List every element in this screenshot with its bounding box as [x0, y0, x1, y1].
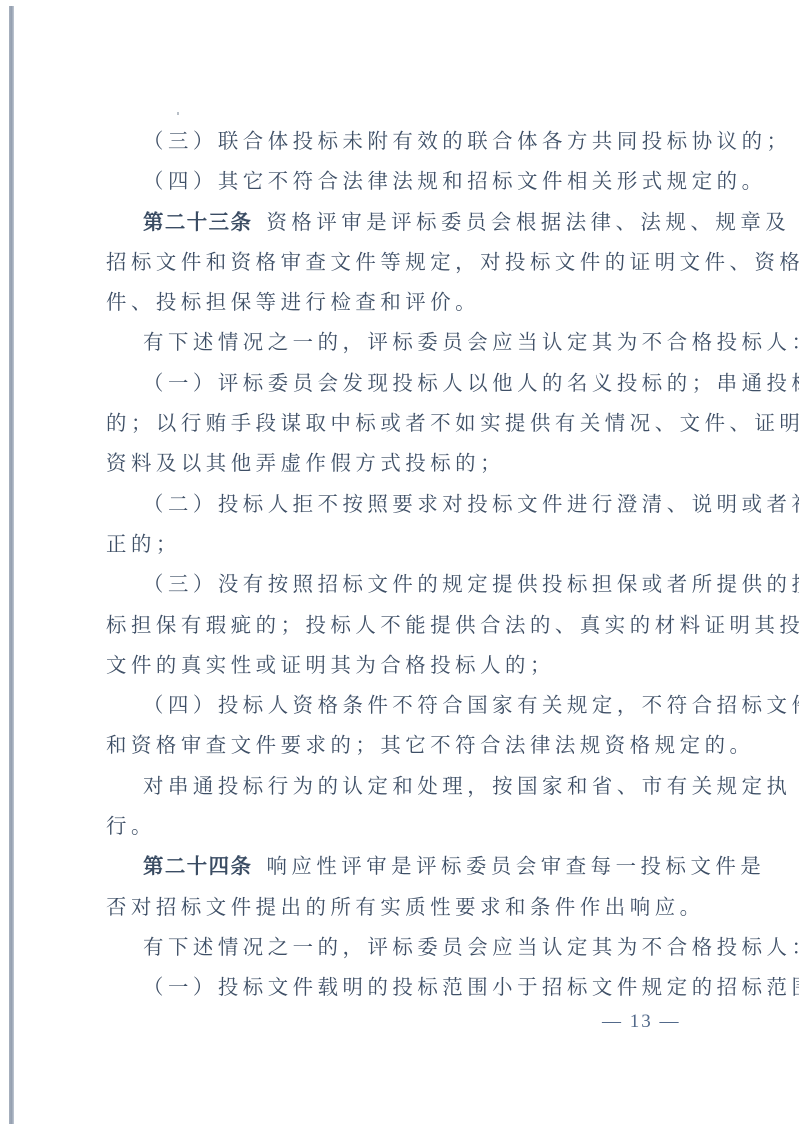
line-text: 正的；	[106, 532, 181, 556]
text-line: 文件的真实性或证明其为合格投标人的；	[106, 645, 696, 685]
text-line: 有下述情况之一的，评标委员会应当认定其为不合格投标人：	[106, 322, 696, 362]
text-line: 行。	[106, 806, 696, 846]
line-text: 标担保有瑕疵的；投标人不能提供合法的、真实的材料证明其投标	[106, 613, 799, 637]
line-text: 资格评审是评标委员会根据法律、法规、规章及	[266, 210, 790, 234]
text-line: 招标文件和资格审查文件等规定，对投标文件的证明文件、资格文	[106, 242, 696, 282]
line-text: 有下述情况之一的，评标委员会应当认定其为不合格投标人：	[143, 330, 799, 354]
line-text: 资料及以其他弄虚作假方式投标的；	[106, 451, 505, 475]
text-line: 标担保有瑕疵的；投标人不能提供合法的、真实的材料证明其投标	[106, 605, 696, 645]
article-heading: 第二十四条	[143, 854, 252, 878]
article-heading: 第二十三条	[143, 210, 252, 234]
line-text: （一）评标委员会发现投标人以他人的名义投标的；串通投标	[143, 371, 799, 395]
text-line: 和资格审查文件要求的；其它不符合法律法规资格规定的。	[106, 725, 696, 765]
text-line: 件、投标担保等进行检查和评价。	[106, 282, 696, 322]
line-text: 否对招标文件提出的所有实质性要求和条件作出响应。	[106, 895, 705, 919]
text-line: （三）没有按照招标文件的规定提供投标担保或者所提供的投	[106, 564, 696, 604]
line-text: 对串通投标行为的认定和处理，按国家和省、市有关规定执	[143, 774, 791, 798]
line-text: 件、投标担保等进行检查和评价。	[106, 290, 480, 314]
scan-speck	[177, 112, 179, 115]
line-text: 响应性评审是评标委员会审查每一投标文件是	[266, 854, 765, 878]
line-text: 的；以行贿手段谋取中标或者不如实提供有关情况、文件、证明等	[106, 411, 799, 435]
line-text: 行。	[106, 814, 156, 838]
line-text: （四）其它不符合法律法规和招标文件相关形式规定的。	[143, 169, 767, 193]
text-line: （四）投标人资格条件不符合国家有关规定，不符合招标文件	[106, 685, 696, 725]
line-text: （三）没有按照招标文件的规定提供投标担保或者所提供的投	[143, 572, 799, 596]
text-line: 有下述情况之一的，评标委员会应当认定其为不合格投标人：	[106, 927, 696, 967]
text-line: 否对招标文件提出的所有实质性要求和条件作出响应。	[106, 887, 696, 927]
article-24-heading-line: 第二十四条响应性评审是评标委员会审查每一投标文件是	[106, 846, 696, 886]
text-line: （四）其它不符合法律法规和招标文件相关形式规定的。	[106, 161, 696, 201]
line-text: （四）投标人资格条件不符合国家有关规定，不符合招标文件	[143, 693, 799, 717]
line-text: 招标文件和资格审查文件等规定，对投标文件的证明文件、资格文	[106, 250, 799, 274]
line-text: 有下述情况之一的，评标委员会应当认定其为不合格投标人：	[143, 935, 799, 959]
text-line: 对串通投标行为的认定和处理，按国家和省、市有关规定执	[106, 766, 696, 806]
line-text: （三）联合体投标未附有效的联合体各方共同投标协议的；	[143, 129, 791, 153]
scan-border-edge	[9, 6, 14, 1124]
text-line: （一）投标文件载明的投标范围小于招标文件规定的招标范围	[106, 967, 696, 1007]
text-line: （二）投标人拒不按照要求对投标文件进行澄清、说明或者补	[106, 484, 696, 524]
text-line: （三）联合体投标未附有效的联合体各方共同投标协议的；	[106, 121, 696, 161]
line-text: （二）投标人拒不按照要求对投标文件进行澄清、说明或者补	[143, 492, 799, 516]
page-number: — 13 —	[602, 1011, 681, 1033]
line-text: 文件的真实性或证明其为合格投标人的；	[106, 653, 555, 677]
article-23-heading-line: 第二十三条资格评审是评标委员会根据法律、法规、规章及	[106, 202, 696, 242]
text-line: 的；以行贿手段谋取中标或者不如实提供有关情况、文件、证明等	[106, 403, 696, 443]
text-line: 资料及以其他弄虚作假方式投标的；	[106, 443, 696, 483]
line-text: （一）投标文件载明的投标范围小于招标文件规定的招标范围	[143, 975, 799, 999]
line-text: 和资格审查文件要求的；其它不符合法律法规资格规定的。	[106, 733, 754, 757]
document-page-body: （三）联合体投标未附有效的联合体各方共同投标协议的； （四）其它不符合法律法规和…	[106, 121, 696, 1008]
text-line: 正的；	[106, 524, 696, 564]
text-line: （一）评标委员会发现投标人以他人的名义投标的；串通投标	[106, 363, 696, 403]
